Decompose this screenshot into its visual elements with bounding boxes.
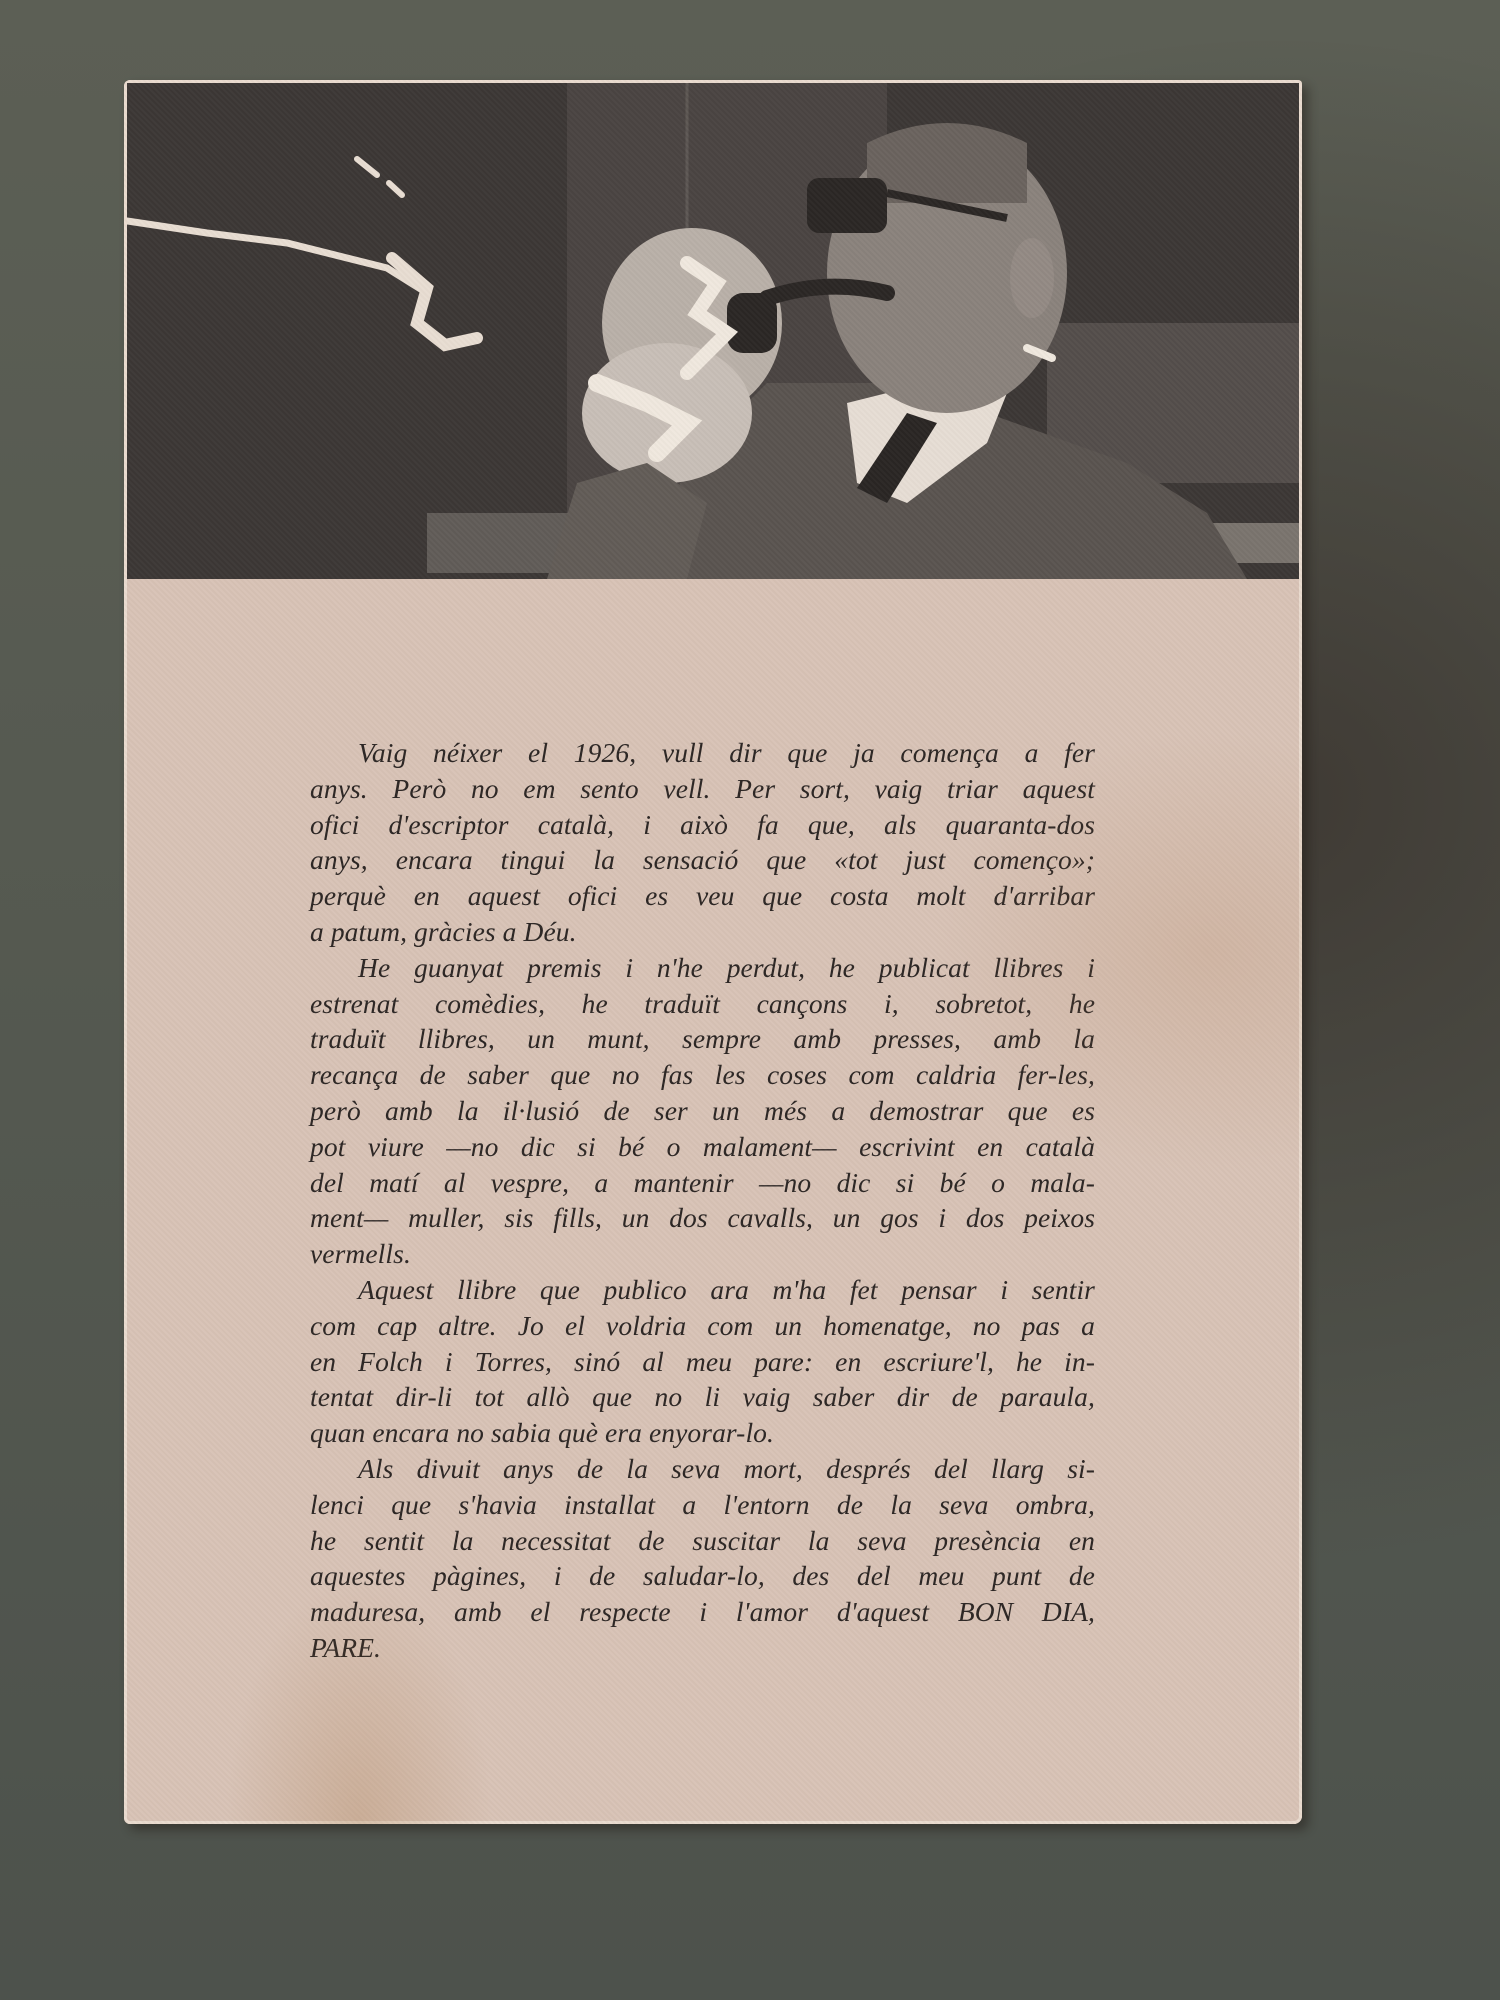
blurb-line: del matí al vespre, a mantenir —no dic s… [310,1165,1095,1201]
blurb-line: com cap altre. Jo el voldria com un home… [310,1308,1095,1344]
blurb-line: recança de saber que no fas les coses co… [310,1057,1095,1093]
blurb-line: ment— muller, sis fills, un dos cavalls,… [310,1200,1095,1236]
blurb-line: traduït llibres, un munt, sempre amb pre… [310,1021,1095,1057]
blurb-line: PARE. [310,1630,1095,1666]
blurb-line: Vaig néixer el 1926, vull dir que ja com… [310,735,1095,771]
blurb-line: anys. Però no em sento vell. Per sort, v… [310,771,1095,807]
blurb-paragraph: Aquest llibre que publico ara m'ha fet p… [310,1272,1095,1451]
blurb-line: quan encara no sabia què era enyorar-lo. [310,1415,1095,1451]
blurb-line: maduresa, amb el respecte i l'amor d'aqu… [310,1594,1095,1630]
blurb-line: lenci que s'havia installat a l'entorn d… [310,1487,1095,1523]
blurb-line: estrenat comèdies, he traduït cançons i,… [310,986,1095,1022]
blurb-line: He guanyat premis i n'he perdut, he publ… [310,950,1095,986]
blurb-line: Aquest llibre que publico ara m'ha fet p… [310,1272,1095,1308]
blurb-paragraph: He guanyat premis i n'he perdut, he publ… [310,950,1095,1272]
blurb-line: anys, encara tingui la sensació que «tot… [310,842,1095,878]
blurb-line: he sentit la necessitat de suscitar la s… [310,1523,1095,1559]
blurb-line: en Folch i Torres, sinó al meu pare: en … [310,1344,1095,1380]
blurb-paragraph: Als divuit anys de la seva mort, després… [310,1451,1095,1666]
blurb-line: vermells. [310,1236,1095,1272]
author-photo-illustration [127,83,1299,579]
author-blurb: Vaig néixer el 1926, vull dir que ja com… [310,735,1095,1666]
blurb-line: tentat dir-li tot allò que no li vaig sa… [310,1379,1095,1415]
blurb-line: ofici d'escriptor català, i això fa que,… [310,807,1095,843]
blurb-line: perquè en aquest ofici es veu que costa … [310,878,1095,914]
blurb-line: aquestes pàgines, i de saludar-lo, des d… [310,1558,1095,1594]
blurb-line: Als divuit anys de la seva mort, després… [310,1451,1095,1487]
blurb-paragraph: Vaig néixer el 1926, vull dir que ja com… [310,735,1095,950]
blurb-line: a patum, gràcies a Déu. [310,914,1095,950]
blurb-line: però amb la il·lusió de ser un més a dem… [310,1093,1095,1129]
book-back-cover: Vaig néixer el 1926, vull dir que ja com… [124,80,1302,1824]
author-photo [127,83,1299,579]
blurb-line: pot viure —no dic si bé o malament— escr… [310,1129,1095,1165]
